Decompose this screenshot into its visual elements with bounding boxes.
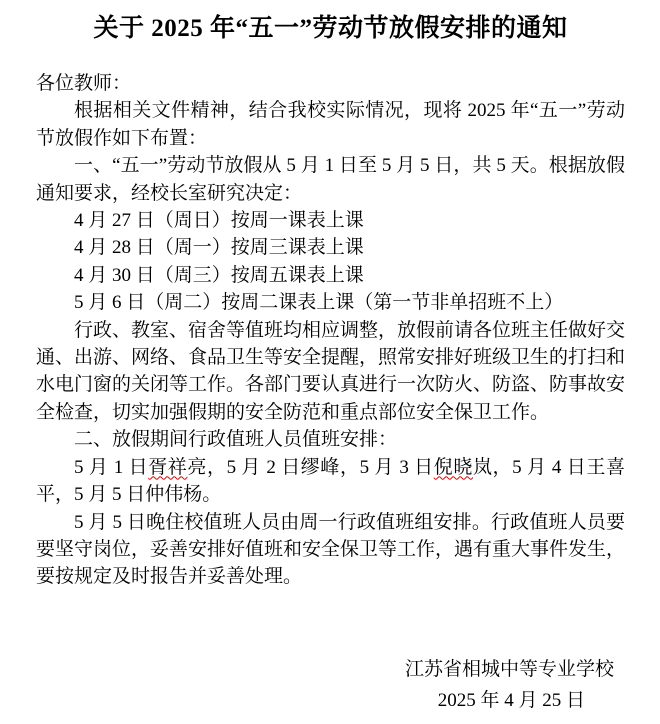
- section2-heading: 二、放假期间行政值班人员值班安排：: [36, 426, 625, 453]
- schedule-line-apr28: 4 月 28 日（周一）按周三课表上课: [36, 234, 625, 261]
- duty-roster-misspelled-name: 倪晓: [434, 457, 473, 478]
- salutation: 各位教师：: [36, 70, 625, 97]
- duty-roster-paragraph: 5 月 1 日胥祥亮，5 月 2 日缪峰，5 月 3 日倪晓岚，5 月 4 日王…: [36, 454, 625, 509]
- safety-paragraph: 行政、教室、宿舍等值班均相应调整，放假前请各位班主任做好交通、出游、网络、食品卫…: [36, 317, 625, 427]
- section1-heading: 一、“五一”劳动节放假从 5 月 1 日至 5 月 5 日，共 5 天。根据放假…: [36, 152, 625, 207]
- signature-date: 2025 年 4 月 25 日: [36, 685, 625, 716]
- duty-roster-misspelled-name: 胥祥: [148, 457, 187, 478]
- night-duty-paragraph: 5 月 5 日晚住校值班人员由周一行政值班组安排。行政值班人员要要坚守岗位，妥善…: [36, 509, 625, 591]
- schedule-line-apr30: 4 月 30 日（周三）按周五课表上课: [36, 262, 625, 289]
- document-title: 关于 2025 年“五一”劳动节放假安排的通知: [36, 12, 625, 45]
- document-body: 各位教师： 根据相关文件精神，结合我校实际情况，现将 2025 年“五一”劳动节…: [36, 70, 625, 591]
- signature-school-name: 江苏省相城中等专业学校: [36, 654, 625, 685]
- signature-block: 江苏省相城中等专业学校 2025 年 4 月 25 日: [36, 654, 625, 716]
- document-page: 关于 2025 年“五一”劳动节放假安排的通知 各位教师： 根据相关文件精神，结…: [0, 0, 660, 724]
- schedule-line-apr27: 4 月 27 日（周日）按周一课表上课: [36, 207, 625, 234]
- duty-roster-segment: 5 月 1 日: [74, 457, 148, 478]
- schedule-line-may6: 5 月 6 日（周二）按周二课表上课（第一节非单招班不上）: [36, 289, 625, 316]
- intro-paragraph: 根据相关文件精神，结合我校实际情况，现将 2025 年“五一”劳动节放假作如下布…: [36, 97, 625, 152]
- duty-roster-segment: 亮，5 月 2 日缪峰，5 月 3 日: [187, 457, 433, 478]
